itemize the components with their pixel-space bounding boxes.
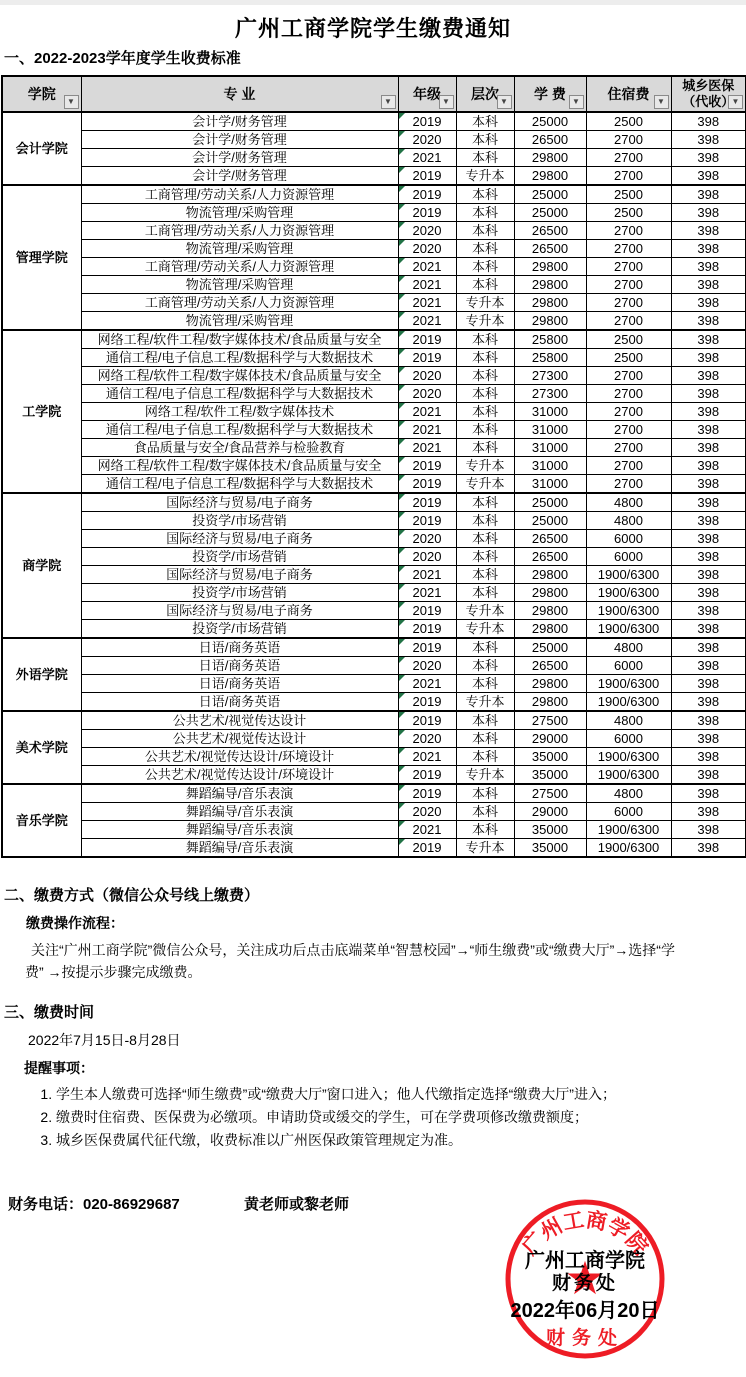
level-cell: 本科 bbox=[456, 675, 514, 693]
insurance-cell: 398 bbox=[671, 112, 746, 131]
cell-error-indicator-icon bbox=[399, 475, 405, 481]
major-cell: 日语/商务英语 bbox=[81, 675, 398, 693]
table-row: 投资学/市场营销2020本科265006000398 bbox=[2, 548, 746, 566]
cell-error-indicator-icon bbox=[399, 421, 405, 427]
payment-date-range: 2022年7月15日-8月28日 bbox=[28, 1030, 746, 1050]
insurance-cell: 398 bbox=[671, 330, 746, 349]
year-cell: 2021 bbox=[398, 403, 456, 421]
table-row: 日语/商务英语2019专升本298001900/6300398 bbox=[2, 693, 746, 712]
official-seal: 广州工商学院 财务处 ★ 广州工商学院 财务处 2022年06月20日 bbox=[500, 1196, 670, 1366]
major-cell: 投资学/市场营销 bbox=[81, 548, 398, 566]
insurance-cell: 398 bbox=[671, 457, 746, 475]
table-row: 会计学/财务管理2021本科298002700398 bbox=[2, 149, 746, 167]
tuition-cell: 26500 bbox=[514, 657, 586, 675]
accommodation-cell: 6000 bbox=[586, 730, 671, 748]
tuition-cell: 27300 bbox=[514, 385, 586, 403]
insurance-cell: 398 bbox=[671, 312, 746, 331]
cell-error-indicator-icon bbox=[399, 584, 405, 590]
cell-error-indicator-icon bbox=[399, 730, 405, 736]
insurance-cell: 398 bbox=[671, 258, 746, 276]
tuition-cell: 25000 bbox=[514, 638, 586, 657]
year-cell: 2020 bbox=[398, 803, 456, 821]
cell-error-indicator-icon bbox=[399, 204, 405, 210]
table-row: 工商管理/劳动关系/人力资源管理2021专升本298002700398 bbox=[2, 294, 746, 312]
cell-error-indicator-icon bbox=[399, 276, 405, 282]
year-cell: 2019 bbox=[398, 693, 456, 712]
tuition-cell: 26500 bbox=[514, 222, 586, 240]
accommodation-cell: 2700 bbox=[586, 403, 671, 421]
year-cell: 2020 bbox=[398, 222, 456, 240]
year-cell: 2020 bbox=[398, 657, 456, 675]
cell-error-indicator-icon bbox=[399, 839, 405, 845]
cell-error-indicator-icon bbox=[399, 620, 405, 626]
cell-error-indicator-icon bbox=[399, 367, 405, 373]
table-row: 国际经济与贸易/电子商务2021本科298001900/6300398 bbox=[2, 566, 746, 584]
tuition-cell: 26500 bbox=[514, 131, 586, 149]
major-cell: 会计学/财务管理 bbox=[81, 167, 398, 186]
year-cell: 2019 bbox=[398, 711, 456, 730]
seal-ring-text-bottom: 财务处 bbox=[546, 1326, 624, 1349]
tuition-cell: 27300 bbox=[514, 367, 586, 385]
tuition-cell: 25000 bbox=[514, 512, 586, 530]
tuition-cell: 35000 bbox=[514, 839, 586, 858]
tuition-cell: 29800 bbox=[514, 149, 586, 167]
level-cell: 本科 bbox=[456, 222, 514, 240]
table-row: 会计学/财务管理2019专升本298002700398 bbox=[2, 167, 746, 186]
year-cell: 2020 bbox=[398, 530, 456, 548]
payment-steps-paragraph: 关注“广州工商学院”微信公众号，关注成功后点击底端菜单“智慧校园”→“师生缴费”… bbox=[25, 939, 675, 983]
major-cell: 网络工程/软件工程/数字媒体技术 bbox=[81, 403, 398, 421]
level-cell: 本科 bbox=[456, 638, 514, 657]
cell-error-indicator-icon bbox=[399, 675, 405, 681]
major-cell: 投资学/市场营销 bbox=[81, 512, 398, 530]
tuition-cell: 29800 bbox=[514, 584, 586, 602]
level-cell: 本科 bbox=[456, 349, 514, 367]
tuition-cell: 29800 bbox=[514, 675, 586, 693]
table-row: 投资学/市场营销2019本科250004800398 bbox=[2, 512, 746, 530]
cell-error-indicator-icon bbox=[399, 639, 405, 645]
year-cell: 2021 bbox=[398, 821, 456, 839]
major-cell: 会计学/财务管理 bbox=[81, 112, 398, 131]
cell-error-indicator-icon bbox=[399, 131, 405, 137]
year-cell: 2019 bbox=[398, 839, 456, 858]
tuition-cell: 31000 bbox=[514, 457, 586, 475]
reminder-item: 学生本人缴费可选择“师生缴费”或“缴费大厅”窗口进入；他人代缴指定选择“缴费大厅… bbox=[56, 1084, 676, 1105]
accommodation-cell: 1900/6300 bbox=[586, 584, 671, 602]
insurance-cell: 398 bbox=[671, 784, 746, 803]
table-row: 国际经济与贸易/电子商务2020本科265006000398 bbox=[2, 530, 746, 548]
insurance-cell: 398 bbox=[671, 276, 746, 294]
accommodation-cell: 2700 bbox=[586, 457, 671, 475]
insurance-cell: 398 bbox=[671, 548, 746, 566]
tuition-cell: 25800 bbox=[514, 349, 586, 367]
tuition-cell: 26500 bbox=[514, 548, 586, 566]
major-cell: 日语/商务英语 bbox=[81, 638, 398, 657]
level-cell: 本科 bbox=[456, 439, 514, 457]
cell-error-indicator-icon bbox=[399, 240, 405, 246]
accommodation-cell: 4800 bbox=[586, 512, 671, 530]
level-cell: 专升本 bbox=[456, 475, 514, 494]
year-cell: 2019 bbox=[398, 512, 456, 530]
table-row: 食品质量与安全/食品营养与检验教育2021本科310002700398 bbox=[2, 439, 746, 457]
cell-error-indicator-icon bbox=[399, 222, 405, 228]
level-cell: 专升本 bbox=[456, 766, 514, 785]
header-accommodation: 住宿费 ▼ bbox=[586, 76, 671, 112]
insurance-cell: 398 bbox=[671, 821, 746, 839]
cell-error-indicator-icon bbox=[399, 294, 405, 300]
accommodation-cell: 2700 bbox=[586, 149, 671, 167]
level-cell: 本科 bbox=[456, 131, 514, 149]
tuition-cell: 27500 bbox=[514, 784, 586, 803]
year-cell: 2019 bbox=[398, 784, 456, 803]
cell-error-indicator-icon bbox=[399, 530, 405, 536]
tuition-cell: 29800 bbox=[514, 276, 586, 294]
seal-ring bbox=[508, 1202, 662, 1356]
year-cell: 2021 bbox=[398, 149, 456, 167]
college-cell: 音乐学院 bbox=[2, 784, 81, 857]
major-cell: 公共艺术/视觉传达设计 bbox=[81, 711, 398, 730]
header-year: 年级 ▼ bbox=[398, 76, 456, 112]
table-row: 物流管理/采购管理2021本科298002700398 bbox=[2, 276, 746, 294]
insurance-cell: 398 bbox=[671, 240, 746, 258]
table-row: 物流管理/采购管理2020本科265002700398 bbox=[2, 240, 746, 258]
accommodation-cell: 4800 bbox=[586, 638, 671, 657]
level-cell: 专升本 bbox=[456, 167, 514, 186]
accommodation-cell: 4800 bbox=[586, 711, 671, 730]
table-row: 物流管理/采购管理2019本科250002500398 bbox=[2, 204, 746, 222]
major-cell: 日语/商务英语 bbox=[81, 693, 398, 712]
accommodation-cell: 1900/6300 bbox=[586, 693, 671, 712]
table-row: 工商管理/劳动关系/人力资源管理2020本科265002700398 bbox=[2, 222, 746, 240]
table-row: 国际经济与贸易/电子商务2019专升本298001900/6300398 bbox=[2, 602, 746, 620]
level-cell: 专升本 bbox=[456, 602, 514, 620]
level-cell: 本科 bbox=[456, 112, 514, 131]
major-cell: 网络工程/软件工程/数字媒体技术/食品质量与安全 bbox=[81, 330, 398, 349]
tuition-cell: 35000 bbox=[514, 748, 586, 766]
major-cell: 工商管理/劳动关系/人力资源管理 bbox=[81, 294, 398, 312]
major-cell: 工商管理/劳动关系/人力资源管理 bbox=[81, 185, 398, 204]
filter-dropdown-icon[interactable]: ▼ bbox=[497, 95, 512, 109]
accommodation-cell: 6000 bbox=[586, 530, 671, 548]
table-row: 网络工程/软件工程/数字媒体技术/食品质量与安全2019专升本310002700… bbox=[2, 457, 746, 475]
accommodation-cell: 2700 bbox=[586, 475, 671, 494]
year-cell: 2020 bbox=[398, 131, 456, 149]
reminder-heading: 提醒事项： bbox=[24, 1058, 746, 1078]
filter-dropdown-icon[interactable]: ▼ bbox=[381, 95, 396, 109]
major-cell: 舞蹈编导/音乐表演 bbox=[81, 821, 398, 839]
year-cell: 2019 bbox=[398, 475, 456, 494]
seal-graphic: 广州工商学院 财务处 ★ bbox=[500, 1196, 670, 1366]
cell-error-indicator-icon bbox=[399, 766, 405, 772]
contact-teachers: 黄老师或黎老师 bbox=[244, 1196, 349, 1213]
filter-dropdown-icon[interactable]: ▼ bbox=[439, 95, 454, 109]
year-cell: 2021 bbox=[398, 439, 456, 457]
seal-ring-text-top: 广州工商学院 bbox=[517, 1207, 652, 1259]
tuition-cell: 26500 bbox=[514, 530, 586, 548]
table-row: 工学院网络工程/软件工程/数字媒体技术/食品质量与安全2019本科2580025… bbox=[2, 330, 746, 349]
major-cell: 通信工程/电子信息工程/数据科学与大数据技术 bbox=[81, 475, 398, 494]
level-cell: 专升本 bbox=[456, 839, 514, 858]
accommodation-cell: 1900/6300 bbox=[586, 675, 671, 693]
major-cell: 舞蹈编导/音乐表演 bbox=[81, 839, 398, 858]
major-cell: 网络工程/软件工程/数字媒体技术/食品质量与安全 bbox=[81, 457, 398, 475]
major-cell: 公共艺术/视觉传达设计/环境设计 bbox=[81, 748, 398, 766]
accommodation-cell: 2700 bbox=[586, 312, 671, 331]
level-cell: 本科 bbox=[456, 276, 514, 294]
tuition-cell: 29800 bbox=[514, 167, 586, 186]
accommodation-cell: 2700 bbox=[586, 385, 671, 403]
accommodation-cell: 1900/6300 bbox=[586, 620, 671, 639]
year-cell: 2021 bbox=[398, 584, 456, 602]
level-cell: 本科 bbox=[456, 803, 514, 821]
table-row: 舞蹈编导/音乐表演2019专升本350001900/6300398 bbox=[2, 839, 746, 858]
table-row: 公共艺术/视觉传达设计/环境设计2021本科350001900/6300398 bbox=[2, 748, 746, 766]
tuition-cell: 29000 bbox=[514, 730, 586, 748]
major-cell: 工商管理/劳动关系/人力资源管理 bbox=[81, 222, 398, 240]
major-cell: 通信工程/电子信息工程/数据科学与大数据技术 bbox=[81, 349, 398, 367]
tuition-cell: 29800 bbox=[514, 602, 586, 620]
insurance-cell: 398 bbox=[671, 730, 746, 748]
level-cell: 本科 bbox=[456, 821, 514, 839]
tuition-cell: 29800 bbox=[514, 294, 586, 312]
year-cell: 2020 bbox=[398, 367, 456, 385]
major-cell: 物流管理/采购管理 bbox=[81, 276, 398, 294]
year-cell: 2019 bbox=[398, 766, 456, 785]
filter-dropdown-icon[interactable]: ▼ bbox=[654, 95, 669, 109]
cell-error-indicator-icon bbox=[399, 439, 405, 445]
cell-error-indicator-icon bbox=[399, 349, 405, 355]
insurance-cell: 398 bbox=[671, 693, 746, 712]
insurance-cell: 398 bbox=[671, 185, 746, 204]
level-cell: 本科 bbox=[456, 548, 514, 566]
major-cell: 投资学/市场营销 bbox=[81, 584, 398, 602]
table-row: 会计学院会计学/财务管理2019本科250002500398 bbox=[2, 112, 746, 131]
major-cell: 网络工程/软件工程/数字媒体技术/食品质量与安全 bbox=[81, 367, 398, 385]
accommodation-cell: 2700 bbox=[586, 294, 671, 312]
fee-table-body: 会计学院会计学/财务管理2019本科250002500398会计学/财务管理20… bbox=[2, 112, 746, 857]
table-row: 舞蹈编导/音乐表演2021本科350001900/6300398 bbox=[2, 821, 746, 839]
cell-error-indicator-icon bbox=[399, 512, 405, 518]
cell-error-indicator-icon bbox=[399, 331, 405, 337]
year-cell: 2019 bbox=[398, 167, 456, 186]
level-cell: 本科 bbox=[456, 711, 514, 730]
accommodation-cell: 6000 bbox=[586, 548, 671, 566]
insurance-cell: 398 bbox=[671, 349, 746, 367]
insurance-cell: 398 bbox=[671, 530, 746, 548]
cell-error-indicator-icon bbox=[399, 403, 405, 409]
insurance-cell: 398 bbox=[671, 584, 746, 602]
table-row: 外语学院日语/商务英语2019本科250004800398 bbox=[2, 638, 746, 657]
cell-error-indicator-icon bbox=[399, 113, 405, 119]
major-cell: 舞蹈编导/音乐表演 bbox=[81, 784, 398, 803]
year-cell: 2020 bbox=[398, 385, 456, 403]
filter-dropdown-icon[interactable]: ▼ bbox=[728, 95, 743, 109]
major-cell: 日语/商务英语 bbox=[81, 657, 398, 675]
insurance-cell: 398 bbox=[671, 566, 746, 584]
year-cell: 2019 bbox=[398, 638, 456, 657]
accommodation-cell: 1900/6300 bbox=[586, 602, 671, 620]
accommodation-cell: 2700 bbox=[586, 439, 671, 457]
page-title: 广州工商学院学生缴费通知 bbox=[0, 12, 746, 43]
table-row: 网络工程/软件工程/数字媒体技术/食品质量与安全2020本科2730027003… bbox=[2, 367, 746, 385]
cell-error-indicator-icon bbox=[399, 258, 405, 264]
accommodation-cell: 2700 bbox=[586, 276, 671, 294]
insurance-cell: 398 bbox=[671, 367, 746, 385]
college-cell: 会计学院 bbox=[2, 112, 81, 185]
accommodation-cell: 2700 bbox=[586, 167, 671, 186]
cell-error-indicator-icon bbox=[399, 167, 405, 173]
major-cell: 公共艺术/视觉传达设计 bbox=[81, 730, 398, 748]
cell-error-indicator-icon bbox=[399, 312, 405, 318]
header-level: 层次 ▼ bbox=[456, 76, 514, 112]
level-cell: 本科 bbox=[456, 367, 514, 385]
accommodation-cell: 1900/6300 bbox=[586, 766, 671, 785]
insurance-cell: 398 bbox=[671, 803, 746, 821]
major-cell: 食品质量与安全/食品营养与检验教育 bbox=[81, 439, 398, 457]
insurance-cell: 398 bbox=[671, 421, 746, 439]
insurance-cell: 398 bbox=[671, 638, 746, 657]
table-row: 通信工程/电子信息工程/数据科学与大数据技术2019专升本31000270039… bbox=[2, 475, 746, 494]
insurance-cell: 398 bbox=[671, 131, 746, 149]
header-tuition: 学 费 ▼ bbox=[514, 76, 586, 112]
major-cell: 工商管理/劳动关系/人力资源管理 bbox=[81, 258, 398, 276]
level-cell: 本科 bbox=[456, 149, 514, 167]
table-header-row: 学院 ▼ 专 业 ▼ 年级 ▼ 层次 ▼ 学 费 ▼ 住宿费 ▼ bbox=[2, 76, 746, 112]
seal-date: 2022年06月20日 bbox=[500, 1294, 670, 1323]
accommodation-cell: 4800 bbox=[586, 784, 671, 803]
major-cell: 会计学/财务管理 bbox=[81, 131, 398, 149]
major-cell: 会计学/财务管理 bbox=[81, 149, 398, 167]
cell-error-indicator-icon bbox=[399, 602, 405, 608]
cell-error-indicator-icon bbox=[399, 548, 405, 554]
cell-error-indicator-icon bbox=[399, 657, 405, 663]
year-cell: 2019 bbox=[398, 330, 456, 349]
tuition-cell: 25000 bbox=[514, 493, 586, 512]
reminder-list: 学生本人缴费可选择“师生缴费”或“缴费大厅”窗口进入；他人代缴指定选择“缴费大厅… bbox=[38, 1084, 676, 1151]
tuition-cell: 29000 bbox=[514, 803, 586, 821]
table-row: 商学院国际经济与贸易/电子商务2019本科250004800398 bbox=[2, 493, 746, 512]
table-row: 日语/商务英语2020本科265006000398 bbox=[2, 657, 746, 675]
accommodation-cell: 1900/6300 bbox=[586, 839, 671, 858]
table-row: 日语/商务英语2021本科298001900/6300398 bbox=[2, 675, 746, 693]
filter-dropdown-icon[interactable]: ▼ bbox=[64, 95, 79, 109]
tuition-cell: 29800 bbox=[514, 620, 586, 639]
insurance-cell: 398 bbox=[671, 766, 746, 785]
insurance-cell: 398 bbox=[671, 475, 746, 494]
page-top-edge bbox=[0, 0, 746, 5]
cell-error-indicator-icon bbox=[399, 186, 405, 192]
major-cell: 物流管理/采购管理 bbox=[81, 312, 398, 331]
year-cell: 2020 bbox=[398, 548, 456, 566]
major-cell: 国际经济与贸易/电子商务 bbox=[81, 493, 398, 512]
table-row: 物流管理/采购管理2021专升本298002700398 bbox=[2, 312, 746, 331]
cell-error-indicator-icon bbox=[399, 748, 405, 754]
major-cell: 物流管理/采购管理 bbox=[81, 204, 398, 222]
table-row: 通信工程/电子信息工程/数据科学与大数据技术2019本科258002500398 bbox=[2, 349, 746, 367]
major-cell: 国际经济与贸易/电子商务 bbox=[81, 566, 398, 584]
seal-department: 财务处 bbox=[500, 1268, 670, 1295]
tuition-cell: 25000 bbox=[514, 204, 586, 222]
accommodation-cell: 2700 bbox=[586, 222, 671, 240]
cell-error-indicator-icon bbox=[399, 693, 405, 699]
insurance-cell: 398 bbox=[671, 439, 746, 457]
level-cell: 本科 bbox=[456, 240, 514, 258]
major-cell: 舞蹈编导/音乐表演 bbox=[81, 803, 398, 821]
header-major: 专 业 ▼ bbox=[81, 76, 398, 112]
tuition-cell: 25800 bbox=[514, 330, 586, 349]
level-cell: 本科 bbox=[456, 204, 514, 222]
level-cell: 专升本 bbox=[456, 693, 514, 712]
section3-heading: 三、缴费时间 bbox=[4, 1001, 746, 1022]
table-row: 投资学/市场营销2021本科298001900/6300398 bbox=[2, 584, 746, 602]
accommodation-cell: 2700 bbox=[586, 367, 671, 385]
tuition-cell: 31000 bbox=[514, 439, 586, 457]
header-college: 学院 ▼ bbox=[2, 76, 81, 112]
tuition-cell: 35000 bbox=[514, 766, 586, 785]
tuition-cell: 29800 bbox=[514, 258, 586, 276]
level-cell: 本科 bbox=[456, 385, 514, 403]
level-cell: 本科 bbox=[456, 185, 514, 204]
year-cell: 2019 bbox=[398, 493, 456, 512]
cell-error-indicator-icon bbox=[399, 494, 405, 500]
table-row: 公共艺术/视觉传达设计2020本科290006000398 bbox=[2, 730, 746, 748]
insurance-cell: 398 bbox=[671, 675, 746, 693]
cell-error-indicator-icon bbox=[399, 457, 405, 463]
insurance-cell: 398 bbox=[671, 711, 746, 730]
level-cell: 专升本 bbox=[456, 294, 514, 312]
tuition-cell: 29800 bbox=[514, 566, 586, 584]
college-cell: 外语学院 bbox=[2, 638, 81, 711]
accommodation-cell: 6000 bbox=[586, 803, 671, 821]
accommodation-cell: 2700 bbox=[586, 258, 671, 276]
level-cell: 本科 bbox=[456, 530, 514, 548]
insurance-cell: 398 bbox=[671, 204, 746, 222]
accommodation-cell: 2500 bbox=[586, 330, 671, 349]
insurance-cell: 398 bbox=[671, 222, 746, 240]
tuition-cell: 25000 bbox=[514, 112, 586, 131]
accommodation-cell: 2500 bbox=[586, 349, 671, 367]
table-row: 通信工程/电子信息工程/数据科学与大数据技术2020本科273002700398 bbox=[2, 385, 746, 403]
fee-table: 学院 ▼ 专 业 ▼ 年级 ▼ 层次 ▼ 学 费 ▼ 住宿费 ▼ bbox=[1, 75, 746, 858]
year-cell: 2021 bbox=[398, 258, 456, 276]
cell-error-indicator-icon bbox=[399, 712, 405, 718]
level-cell: 本科 bbox=[456, 421, 514, 439]
year-cell: 2021 bbox=[398, 675, 456, 693]
tuition-cell: 25000 bbox=[514, 185, 586, 204]
table-row: 网络工程/软件工程/数字媒体技术2021本科310002700398 bbox=[2, 403, 746, 421]
tuition-cell: 27500 bbox=[514, 711, 586, 730]
filter-dropdown-icon[interactable]: ▼ bbox=[569, 95, 584, 109]
table-row: 音乐学院舞蹈编导/音乐表演2019本科275004800398 bbox=[2, 784, 746, 803]
accommodation-cell: 1900/6300 bbox=[586, 566, 671, 584]
accommodation-cell: 2500 bbox=[586, 185, 671, 204]
tuition-cell: 29800 bbox=[514, 312, 586, 331]
accommodation-cell: 6000 bbox=[586, 657, 671, 675]
accommodation-cell: 2500 bbox=[586, 112, 671, 131]
section1-heading: 一、2022-2023学年度学生收费标准 bbox=[4, 49, 746, 69]
header-insurance: 城乡医保 （代收） ▼ bbox=[671, 76, 746, 112]
insurance-cell: 398 bbox=[671, 149, 746, 167]
college-cell: 工学院 bbox=[2, 330, 81, 493]
year-cell: 2019 bbox=[398, 457, 456, 475]
year-cell: 2019 bbox=[398, 204, 456, 222]
year-cell: 2019 bbox=[398, 602, 456, 620]
insurance-cell: 398 bbox=[671, 620, 746, 639]
table-row: 投资学/市场营销2019专升本298001900/6300398 bbox=[2, 620, 746, 639]
insurance-cell: 398 bbox=[671, 839, 746, 858]
finance-phone: 财务电话：020-86929687 bbox=[8, 1196, 180, 1213]
level-cell: 本科 bbox=[456, 748, 514, 766]
